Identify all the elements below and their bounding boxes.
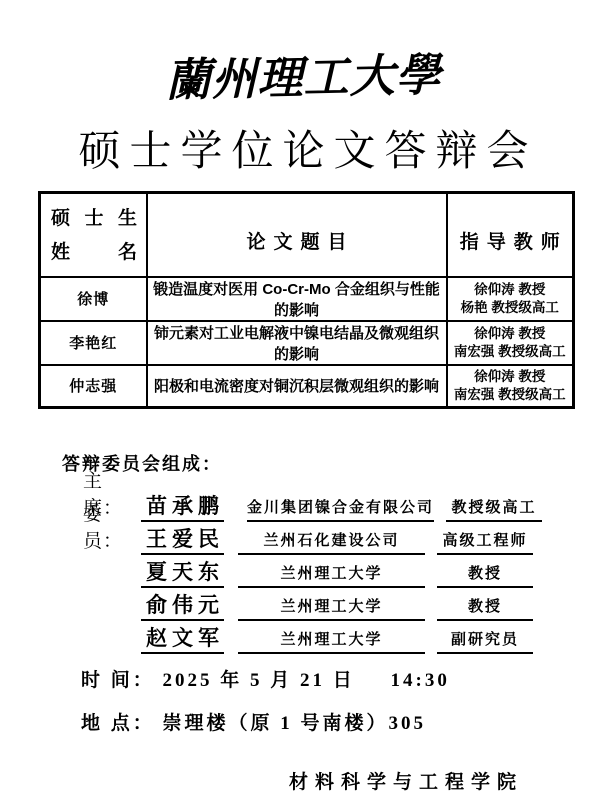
committee-row-member: 委员： 王爱民 兰州石化建设公司 高级工程师 bbox=[83, 522, 607, 555]
committee-member-name: 王爱民 bbox=[141, 526, 224, 555]
header-student-name: 硕 士 生 姓 名 bbox=[40, 192, 147, 277]
header-student-line2: 姓 名 bbox=[51, 236, 137, 270]
advisor-line2: 杨艳 教授级高工 bbox=[448, 299, 573, 317]
student-name: 仲志强 bbox=[40, 365, 147, 408]
committee-row-member: 俞伟元 兰州理工大学 教授 bbox=[83, 588, 607, 621]
footer-department: 材料科学与工程学院 bbox=[289, 767, 523, 794]
committee-member-title: 副研究员 bbox=[437, 629, 533, 654]
table-row: 李艳红 铈元素对工业电解液中镍电结晶及微观组织的影响 徐仰涛 教授 南宏强 教授… bbox=[40, 321, 574, 365]
header-student-line1: 硕 士 生 bbox=[51, 202, 137, 236]
defense-table: 硕 士 生 姓 名 论文题目 指导教师 徐博 锻造温度对医用 Co-Cr-Mo … bbox=[38, 191, 575, 410]
committee-heading: 答辩委员会组成： bbox=[62, 450, 607, 476]
time-clock: 14:30 bbox=[391, 670, 450, 691]
table-row: 徐博 锻造温度对医用 Co-Cr-Mo 合金组织与性能的影响 徐仰涛 教授 杨艳… bbox=[40, 277, 574, 321]
committee-row-member: 赵文军 兰州理工大学 副研究员 bbox=[83, 621, 607, 654]
page-title: 硕士学位论文答辩会 bbox=[0, 128, 607, 176]
advisors: 徐仰涛 教授 南宏强 教授级高工 bbox=[447, 321, 574, 365]
location-value: 崇理楼（原 1 号南楼）305 bbox=[163, 713, 427, 734]
time-date: 2025 年 5 月 21 日 bbox=[163, 670, 355, 691]
header-thesis-title: 论文题目 bbox=[147, 192, 447, 277]
committee-role-label: 委员： bbox=[83, 501, 141, 555]
advisors: 徐仰涛 教授 南宏强 教授级高工 bbox=[447, 365, 574, 408]
committee-row-chair: 主席： 苗承鹏 金川集团镍合金有限公司 教授级高工 bbox=[83, 489, 607, 522]
committee-member-title: 教授 bbox=[437, 563, 533, 588]
committee-member-affiliation: 兰州理工大学 bbox=[238, 563, 425, 588]
advisor-line2: 南宏强 教授级高工 bbox=[448, 386, 573, 404]
advisor-line1: 徐仰涛 教授 bbox=[448, 325, 573, 343]
committee-member-name: 俞伟元 bbox=[141, 592, 224, 621]
thesis-title: 阳极和电流密度对铜沉积层微观组织的影响 bbox=[147, 365, 447, 408]
advisor-line1: 徐仰涛 教授 bbox=[448, 281, 573, 299]
advisors: 徐仰涛 教授 杨艳 教授级高工 bbox=[447, 277, 574, 321]
committee-member-affiliation: 兰州石化建设公司 bbox=[238, 530, 425, 555]
committee-member-title: 教授级高工 bbox=[446, 497, 542, 522]
committee-member-affiliation: 兰州理工大学 bbox=[238, 596, 425, 621]
advisor-line2: 南宏强 教授级高工 bbox=[448, 343, 573, 361]
student-name: 李艳红 bbox=[40, 321, 147, 365]
university-logo-text: 蘭州理工大學 bbox=[165, 48, 442, 107]
thesis-title: 锻造温度对医用 Co-Cr-Mo 合金组织与性能的影响 bbox=[147, 277, 447, 321]
location-row: 地 点： 崇理楼（原 1 号南楼）305 bbox=[81, 708, 607, 735]
table-row: 仲志强 阳极和电流密度对铜沉积层微观组织的影响 徐仰涛 教授 南宏强 教授级高工 bbox=[40, 365, 574, 408]
committee-member-name: 苗承鹏 bbox=[141, 493, 224, 522]
committee-member-name: 夏天东 bbox=[141, 559, 224, 588]
thesis-title: 铈元素对工业电解液中镍电结晶及微观组织的影响 bbox=[147, 321, 447, 365]
time-row: 时 间： 2025 年 5 月 21 日 14:30 bbox=[81, 665, 607, 692]
document-page: 蘭州理工大學 硕士学位论文答辩会 硕 士 生 姓 名 论文题目 指导教师 徐博 … bbox=[0, 0, 607, 802]
student-name: 徐博 bbox=[40, 277, 147, 321]
university-calligraphy-logo: 蘭州理工大學 bbox=[0, 44, 607, 113]
committee-row-member: 夏天东 兰州理工大学 教授 bbox=[83, 555, 607, 588]
committee-member-name: 赵文军 bbox=[141, 625, 224, 654]
committee-member-title: 教授 bbox=[437, 596, 533, 621]
advisor-line1: 徐仰涛 教授 bbox=[448, 368, 573, 386]
location-label: 地 点： bbox=[81, 713, 155, 734]
committee-member-affiliation: 兰州理工大学 bbox=[238, 629, 425, 654]
header-advisor: 指导教师 bbox=[447, 192, 574, 277]
committee-member-affiliation: 金川集团镍合金有限公司 bbox=[247, 497, 434, 522]
time-label: 时 间： bbox=[81, 670, 155, 691]
table-header-row: 硕 士 生 姓 名 论文题目 指导教师 bbox=[40, 192, 574, 277]
committee-member-title: 高级工程师 bbox=[437, 530, 533, 555]
